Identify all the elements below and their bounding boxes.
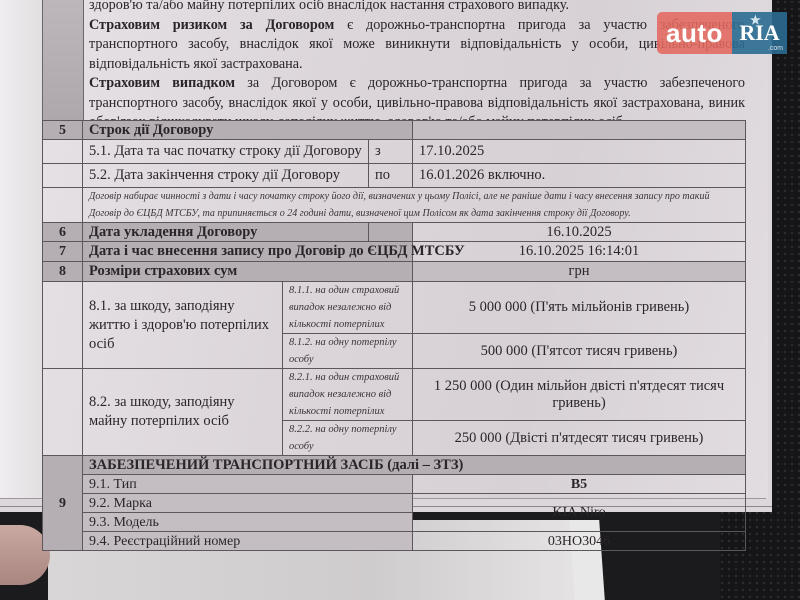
end-date-label: 5.2. Дата закінчення строку дії Договору (83, 164, 369, 188)
start-date-value: 17.10.2025 (413, 140, 746, 164)
section-8-header: 8 Розміри страхових сум грн (43, 262, 746, 282)
intro-section: здоров'ю та/або майну потерпілих осіб вн… (42, 0, 753, 120)
row-9-4: 9.4. Реєстраційний номер 03НО3046 (43, 532, 746, 551)
life-health-damage-label: 8.1. за шкоду, заподіяну життю і здоров'… (83, 282, 283, 369)
per-event-life-sum: 5 000 000 (П'ять мільйонів гривень) (413, 282, 746, 334)
vehicle-type-value: В5 (413, 475, 746, 494)
registration-number-value: 03НО3046 (413, 532, 746, 551)
page-margin (0, 0, 42, 498)
per-event-label: 8.2.1. на один страховий випадок незалеж… (283, 369, 413, 421)
empty-cell (43, 164, 83, 188)
watermark-com: .com (768, 45, 783, 52)
section-number: 5 (43, 121, 83, 140)
per-person-life-sum: 500 000 (П'ятсот тисяч гривень) (413, 334, 746, 369)
per-event-label: 8.1.1. на один страховий випадок незалеж… (283, 282, 413, 334)
row-8-2-1: 8.2. за шкоду, заподіяну майну потерпіли… (43, 369, 746, 421)
empty-cell (43, 369, 83, 456)
paper-stack: здоров'ю та/або майну потерпілих осіб вн… (0, 0, 772, 512)
event-term: Страховим випадком (89, 75, 235, 91)
per-person-label: 8.2.2. на одну потерпілу особу (283, 421, 413, 456)
section-6: 6 Дата укладення Договору 16.10.2025 (43, 223, 746, 242)
row-5-2: 5.2. Дата закінчення строку дії Договору… (43, 164, 746, 188)
empty-cell (43, 140, 83, 164)
section-5-header: 5 Строк дії Договору (43, 121, 746, 140)
vehicle-section-title: ЗАБЕЗПЕЧЕНИЙ ТРАНСПОРТНИЙ ЗАСІБ (далі – … (83, 456, 746, 475)
insurance-policy-page: здоров'ю та/або майну потерпілих осіб вн… (0, 0, 768, 498)
vehicle-model-label: 9.3. Модель (83, 513, 413, 532)
registry-entry-label: Дата і час внесення запису про Договір д… (83, 242, 413, 262)
section-number: 6 (43, 223, 83, 242)
empty-cell (413, 121, 746, 140)
start-date-prep: з (369, 140, 413, 164)
empty-cell (369, 223, 413, 242)
section-7: 7 Дата і час внесення запису про Договір… (43, 242, 746, 262)
section-title: Строк дії Договору (83, 121, 413, 140)
intro-continuation: здоров'ю та/або майну потерпілих осіб вн… (89, 0, 745, 16)
star-icon: ★ (750, 13, 761, 28)
validity-note: Договір набирає чинності з дати і часу п… (83, 188, 746, 223)
contract-date-value: 16.10.2025 (413, 223, 746, 242)
vehicle-make-label: 9.2. Марка (83, 494, 413, 513)
empty-cell (43, 188, 83, 223)
insurance-risk-paragraph: Страховим ризиком за Договором є дорожнь… (89, 16, 745, 75)
policy-table: 5 Строк дії Договору 5.1. Дата та час по… (42, 120, 746, 551)
per-person-property-sum: 250 000 (Двісті п'ятдесят тисяч гривень) (413, 421, 746, 456)
intro-number-cell (43, 0, 84, 120)
section-number: 8 (43, 262, 83, 282)
vehicle-type-label: 9.1. Тип (83, 475, 413, 494)
vehicle-make-model-value: KIA Niro (413, 494, 746, 532)
section-number: 7 (43, 242, 83, 262)
property-damage-label: 8.2. за шкоду, заподіяну майну потерпіли… (83, 369, 283, 456)
row-8-1-1: 8.1. за шкоду, заподіяну життю і здоров'… (43, 282, 746, 334)
per-event-property-sum: 1 250 000 (Один мільйон двісті п'ятдесят… (413, 369, 746, 421)
intro-text: здоров'ю та/або майну потерпілих осіб вн… (89, 0, 745, 133)
end-date-prep: по (369, 164, 413, 188)
registration-number-label: 9.4. Реєстраційний номер (83, 532, 413, 551)
watermark-ria: ★ RIA .com (732, 12, 787, 54)
contract-date-label: Дата укладення Договору (83, 223, 369, 242)
section-number: 9 (43, 456, 83, 551)
end-date-value: 16.01.2026 включно. (413, 164, 746, 188)
row-9-2: 9.2. Марка KIA Niro (43, 494, 746, 513)
empty-cell (43, 282, 83, 369)
currency-label: грн (413, 262, 746, 282)
risk-term: Страховим ризиком за Договором (89, 17, 334, 33)
insured-sums-title: Розміри страхових сум (83, 262, 413, 282)
per-person-label: 8.1.2. на одну потерпілу особу (283, 334, 413, 369)
start-date-label: 5.1. Дата та час початку строку дії Дого… (83, 140, 369, 164)
row-5-1: 5.1. Дата та час початку строку дії Дого… (43, 140, 746, 164)
section-9-header: 9 ЗАБЕЗПЕЧЕНИЙ ТРАНСПОРТНИЙ ЗАСІБ (далі … (43, 456, 746, 475)
row-5-note: Договір набирає чинності з дати і часу п… (43, 188, 746, 223)
row-9-1: 9.1. Тип В5 (43, 475, 746, 494)
autoria-watermark: auto ★ RIA .com (657, 12, 787, 54)
watermark-auto: auto (657, 12, 732, 54)
